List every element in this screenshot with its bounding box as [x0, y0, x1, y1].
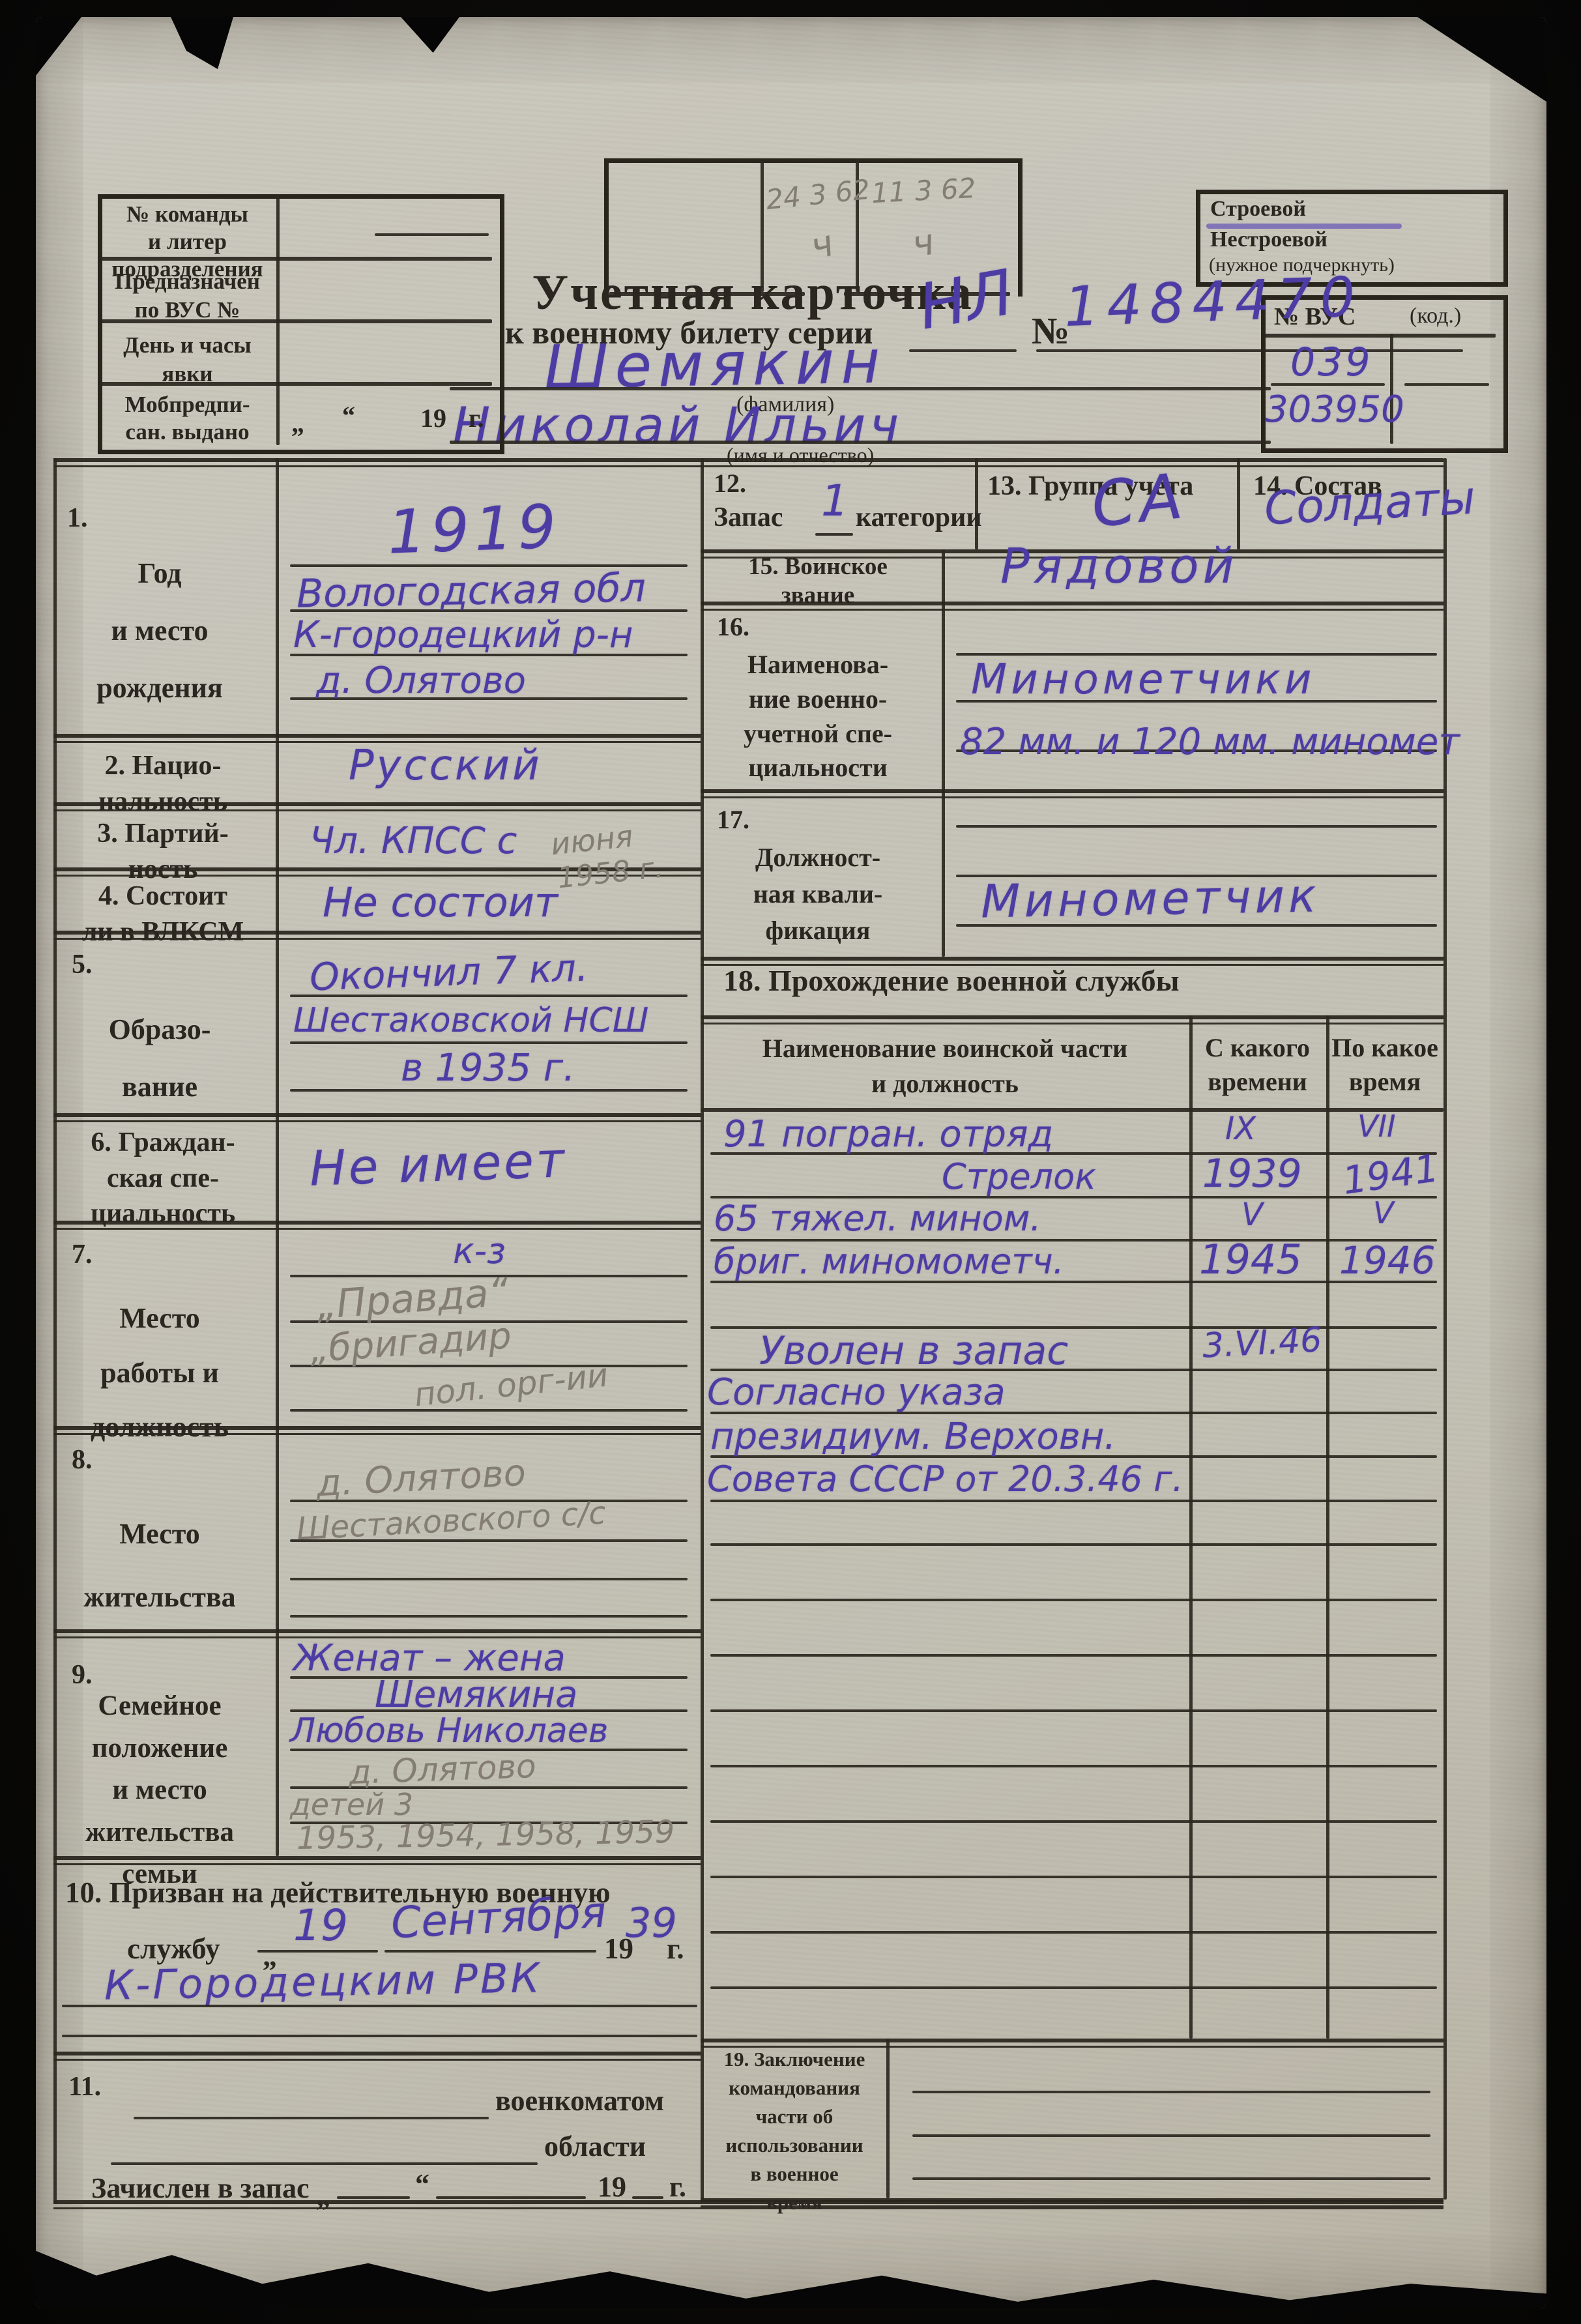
quote-open: „ [291, 408, 304, 439]
frame-rule [53, 458, 1443, 467]
ink-birth-year: 1919 [386, 491, 562, 567]
rule [1404, 383, 1489, 386]
quote-close: “ [415, 2168, 429, 2201]
section-5-label: Образо- вание [62, 1001, 257, 1116]
label-reserve-enrolled: Зачислен в запас [91, 2171, 309, 2205]
table-header-from: С какого времени [1191, 1031, 1324, 1099]
year-g: г. [667, 1932, 684, 1966]
rule [436, 2196, 586, 2199]
ink-to-month-2: V [1373, 1195, 1393, 1230]
ink-sostav: Солдаты [1263, 471, 1477, 536]
label-vus-assignment: Предназначен по ВУС № [104, 267, 270, 325]
year-g: г. [469, 403, 484, 433]
divider-19 [886, 2039, 890, 2198]
ink-education-3: в 1935 г. [401, 1045, 575, 1090]
ink-rvk: К-Городецким РВК [104, 1954, 542, 2009]
rule [815, 533, 853, 536]
ink-wife-name: Любовь Николаев [290, 1711, 608, 1750]
year-g: г. [669, 2170, 686, 2203]
ink-specialty-calibers: 82 мм. и 120 мм. миномет [960, 721, 1460, 763]
section-6-label: 6. Граждан- ская спе- циальность [59, 1125, 267, 1232]
rule [912, 2134, 1430, 2137]
rule [1264, 334, 1496, 338]
table-header-unit: Наименование воинской части и должность [707, 1031, 1183, 1101]
rule [290, 1615, 688, 1618]
rule [384, 1950, 596, 1953]
section-17-label: Должност- ная квали- фикация [704, 839, 932, 949]
ink-birth-district: К-городецкий р-н [293, 614, 633, 656]
label-vus-code: (код.) [1410, 304, 1461, 328]
ink-birth-region: Вологодская обл [296, 565, 646, 617]
ink-call-day: 19 [293, 1900, 348, 1951]
rule [1271, 383, 1385, 386]
rule [912, 2091, 1430, 2093]
quote-open: „ [316, 2179, 330, 2213]
section-9-label: Семейное положение и место жительства се… [55, 1685, 264, 1896]
ink-unit-1: 91 погран. отряд [723, 1113, 1053, 1155]
quote-close: “ [342, 400, 355, 431]
divider-13-14 [1237, 458, 1240, 549]
section-rule [701, 789, 1443, 798]
rule [375, 233, 489, 236]
ink-discharged: Уволен в запас [759, 1328, 1068, 1374]
label-nestroevoy: Нестроевой [1210, 227, 1327, 252]
frame-left [53, 458, 57, 2203]
section-18-title: 18. Прохождение военной службы [723, 963, 1180, 998]
ink-accounting-group: СА [1088, 459, 1190, 542]
rule [337, 2196, 410, 2199]
table-divider-2 [1326, 1015, 1329, 2039]
section-2-label: 2. Нацио- нальность [62, 748, 264, 819]
rule [290, 1041, 688, 1044]
rule [710, 1876, 1437, 1878]
ink-from-year-2: 1945 [1199, 1236, 1302, 1283]
year-19: 19 [420, 403, 446, 433]
section-1-label: Год и место рождения [62, 545, 257, 717]
rule [632, 2196, 663, 2199]
pencil-date-2: 11 3 62 [871, 172, 977, 209]
section-7-number: 7. [72, 1239, 93, 1270]
table-header-rule [701, 1108, 1443, 1112]
section-16-label: Наименова- ние военно- учетной спе- циал… [704, 648, 932, 785]
ink-vus-303950: 303950 [1265, 388, 1404, 431]
rule [134, 2117, 489, 2119]
ink-to-year-2: 1946 [1339, 1238, 1436, 1283]
label-kategorii: категории [856, 502, 982, 533]
number-sign: № [1032, 309, 1069, 353]
section-15-label: 15. Воинское звание [710, 553, 925, 609]
rule [710, 1599, 1437, 1601]
pencil-children: детей 3 [290, 1787, 413, 1822]
rule [710, 1986, 1437, 1989]
scanned-military-card: 24 3 62 11 3 62 ч ч Учетная карточка к в… [0, 0, 1581, 2324]
label-mob-order: Мобпредпи- сан. выдано [104, 391, 270, 446]
pencil-family-village: д. Олятово [348, 1747, 536, 1792]
ink-to-month-1: VII [1357, 1109, 1396, 1144]
section-7-label: Место работы и должность [62, 1291, 257, 1455]
ink-ticket-number: 1484470 [1063, 265, 1363, 339]
label-column-divider [276, 458, 279, 1856]
year-19-print: 19 [598, 2170, 626, 2203]
pencil-children-years: 1953, 1954, 1958, 1959 [297, 1814, 675, 1857]
ink-from-year-1: 1939 [1202, 1151, 1302, 1197]
rule [710, 1931, 1437, 1934]
ink-vlksm: Не состоит [323, 879, 558, 926]
rule [710, 1543, 1437, 1546]
section-17-number: 17. [717, 804, 749, 835]
ink-qualification: Минометчик [980, 869, 1320, 928]
ink-position-2: бриг. миномометч. [714, 1241, 1064, 1282]
section-1-number: 1. [67, 502, 88, 534]
section-16-number: 16. [717, 611, 749, 642]
ink-category: 1 [821, 476, 849, 526]
card-paper: 24 3 62 11 3 62 ч ч Учетная карточка к в… [36, 17, 1546, 2308]
section-3-label: 3. Партий- ность [62, 816, 264, 887]
rule [62, 2005, 697, 2007]
ink-decree-2: президиум. Верховн. [710, 1416, 1116, 1458]
section-12-number: 12. [714, 468, 746, 499]
section-5-number: 5. [72, 949, 93, 980]
label-stroevoy: Строевой [1210, 197, 1306, 222]
ink-from-month-2: V [1241, 1197, 1263, 1233]
rule [290, 1578, 688, 1580]
label-zapas: Запас [714, 502, 783, 533]
ink-wife-surname: Шемякина [375, 1674, 577, 1716]
ink-party: Чл. КПСС с [310, 820, 517, 862]
rule [257, 1950, 378, 1953]
ink-discharge-date: 3.VI.46 [1202, 1320, 1323, 1366]
rule [912, 2177, 1430, 2180]
rule [710, 1709, 1437, 1712]
section-8-number: 8. [72, 1444, 93, 1475]
label-voenkomat: военкоматом [495, 2084, 664, 2117]
table-divider-1 [1189, 1015, 1193, 2039]
label-oblast: области [544, 2130, 646, 2163]
rule [956, 825, 1437, 828]
ink-surname: Шемякин [544, 327, 887, 402]
rule [909, 349, 1017, 352]
rule [290, 1409, 688, 1412]
ink-from-month-1: IX [1225, 1111, 1256, 1147]
label-day-hours: День и часы явки [104, 331, 270, 388]
rule [710, 1500, 1437, 1502]
ink-kolkhoz: к-з [453, 1230, 506, 1271]
section-19-label: 19. Заключение командования части об исп… [706, 2045, 883, 2217]
ink-position-1: Стрелок [942, 1156, 1096, 1197]
ink-education-2: Шестаковской НСШ [293, 1001, 648, 1040]
rule [111, 2162, 538, 2165]
section-11-number: 11. [68, 2071, 101, 2102]
ink-decree-3: Совета СССР от 20.3.46 г. [707, 1459, 1183, 1500]
ink-vus-039: 039 [1290, 340, 1373, 385]
table-header-to: По какое время [1327, 1031, 1442, 1099]
ink-birth-village: д. Олятово [316, 660, 526, 702]
section-4-label: 4. Состоит ли в ВЛКСМ [55, 879, 270, 950]
ink-decree-1: Согласно указа [707, 1371, 1006, 1414]
section-rule [701, 1015, 1443, 1024]
ink-unit-2: 65 тяжел. мином. [714, 1198, 1041, 1239]
rule [62, 2035, 697, 2037]
rule [710, 1820, 1437, 1823]
rule [710, 1765, 1437, 1767]
section-8-label: Место жительства [62, 1503, 257, 1629]
rule [710, 1654, 1437, 1657]
section-rule [53, 2052, 701, 2061]
ink-nationality: Русский [349, 742, 542, 790]
ink-rank: Рядовой [1000, 538, 1238, 594]
ink-specialty-name: Минометчики [971, 656, 1315, 704]
ink-civil-specialty: Не имеет [309, 1132, 568, 1197]
frame-right [1443, 458, 1447, 2200]
rule [450, 387, 1271, 390]
